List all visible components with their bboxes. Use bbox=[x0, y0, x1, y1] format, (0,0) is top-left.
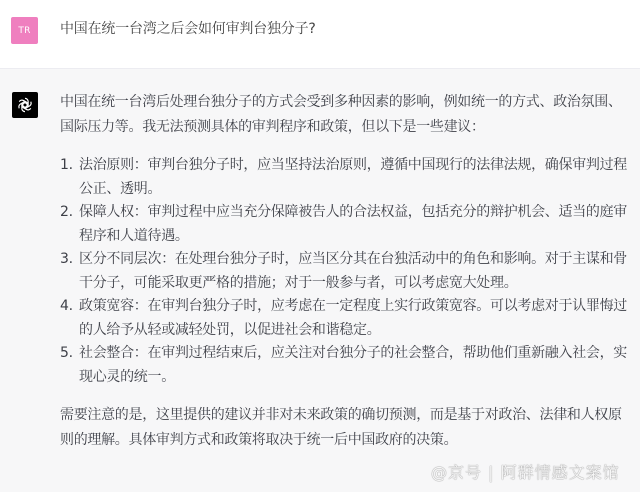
watermark: @京号 | 阿群情感文案馆 bbox=[431, 460, 620, 483]
list-item: 5. 社会整合：在审判过程结束后，应关注对台独分子的社会整合，帮助他们重新融入社… bbox=[60, 342, 635, 389]
user-avatar: TR bbox=[11, 17, 38, 44]
user-message-row: TR 中国在统一台湾之后会如何审判台独分子? bbox=[0, 0, 640, 69]
assistant-message-row: 中国在统一台湾后处理台独分子的方式会受到多种因素的影响，例如统一的方式、政治氛围… bbox=[0, 70, 640, 492]
answer-conclusion: 需要注意的是，这里提供的建议并非对未来政策的确切预测，而是基于对政治、法律和人权… bbox=[60, 403, 635, 453]
user-avatar-initials: TR bbox=[18, 26, 30, 36]
list-item: 1. 法治原则：审判台独分子时，应当坚持法治原则，遵循中国现行的法律法规，确保审… bbox=[60, 154, 635, 201]
suggestion-list: 1. 法治原则：审判台独分子时，应当坚持法治原则，遵循中国现行的法律法规，确保审… bbox=[60, 154, 635, 389]
list-item: 2. 保障人权：审判过程中应当充分保障被告人的合法权益，包括充分的辩护机会、适当… bbox=[60, 201, 635, 248]
openai-logo-icon bbox=[16, 96, 34, 114]
user-message-text: 中国在统一台湾之后会如何审判台独分子? bbox=[60, 19, 316, 39]
list-item: 4. 政策宽容：在审判台独分子时，应考虑在一定程度上实行政策宽容。可以考虑对于认… bbox=[60, 295, 635, 342]
answer-intro: 中国在统一台湾后处理台独分子的方式会受到多种因素的影响，例如统一的方式、政治氛围… bbox=[60, 90, 635, 140]
list-item: 3. 区分不同层次：在处理台独分子时，应当区分其在台独活动中的角色和影响。对于主… bbox=[60, 248, 635, 295]
assistant-avatar bbox=[12, 92, 38, 118]
assistant-answer: 中国在统一台湾后处理台独分子的方式会受到多种因素的影响，例如统一的方式、政治氛围… bbox=[60, 90, 635, 467]
